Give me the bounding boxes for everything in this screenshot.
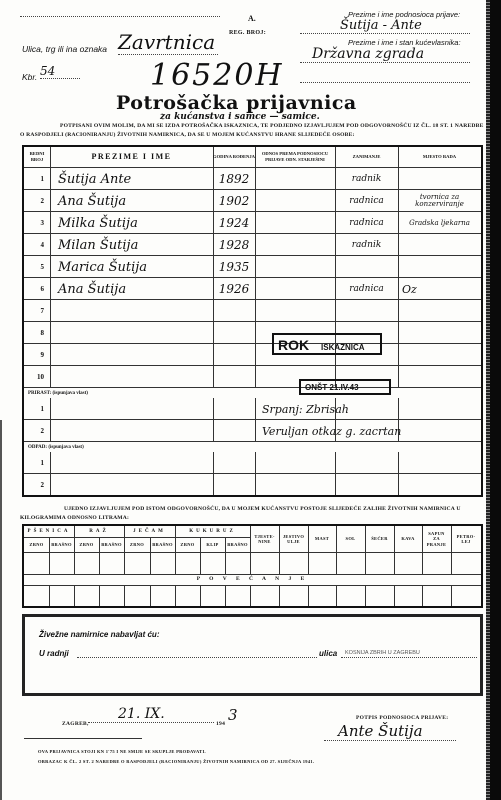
birth-year-cell[interactable]: 1924: [213, 212, 255, 234]
name-cell[interactable]: Marica Šutija: [50, 256, 213, 278]
col-header-birth-year: GODINA ROĐENJA: [213, 147, 255, 167]
relation-cell[interactable]: [255, 234, 335, 256]
table-row: 7: [24, 299, 481, 322]
header-top-line: [20, 16, 220, 17]
occupation-cell[interactable]: radnik: [335, 168, 398, 190]
scan-border-edge: [486, 0, 490, 800]
landlord-extra-line: [300, 82, 470, 83]
name-cell[interactable]: Ana Šutija: [50, 190, 213, 212]
signature-field[interactable]: Ante Šutija: [324, 722, 456, 741]
name-cell[interactable]: Ana Šutija: [50, 278, 213, 300]
header-sapun: SAPUN ZA PRANJE: [422, 526, 451, 552]
header-sol: SOL: [336, 526, 365, 552]
prirast-band: PRIRAST: (ispunjava vlast): [24, 387, 481, 398]
prirast-row: 1 Srpanj: Zbrisah: [24, 397, 481, 420]
registration-number: 16520H: [150, 58, 284, 93]
workplace-cell[interactable]: Oz: [398, 278, 481, 300]
occupation-cell[interactable]: radnica: [335, 278, 398, 300]
row-number: 2: [24, 420, 50, 442]
povecanje-band: P O V E Ć A N J E: [24, 574, 481, 585]
street-field[interactable]: Zavrtnica: [118, 30, 218, 55]
relation-cell[interactable]: [255, 212, 335, 234]
col-divider: [124, 585, 125, 606]
household-table: REDNI BROJ PREZIME I IME GODINA ROĐENJA …: [22, 145, 483, 497]
row-number: 3: [24, 212, 50, 234]
table-row: 1 Šutija Ante 1892 radnik: [24, 167, 481, 190]
workplace-cell[interactable]: tvornica za konzerviranje: [398, 190, 481, 212]
header-petrolej: PETRO-LEJ: [451, 526, 481, 552]
header-raz-brasno: BRAŠNO: [99, 537, 124, 552]
header-psenica: PŠENICA: [24, 526, 74, 537]
house-number-label: Kbr.: [22, 72, 37, 82]
city-label: ZAGREB,: [62, 721, 89, 727]
date-stamp: ONŠT 21.IV.43: [299, 379, 391, 395]
occupation-cell[interactable]: [335, 256, 398, 278]
table-row: 5 Marica Šutija 1935: [24, 255, 481, 278]
header-kukuruz-brasno: BRAŠNO: [225, 537, 250, 552]
shop-street-label: ulica: [319, 649, 337, 658]
table-row: 10: [24, 365, 481, 388]
page-title: Potrošačka prijavnica: [116, 92, 357, 114]
year-suffix-field[interactable]: 3: [228, 706, 238, 724]
header-kava: KAVA: [394, 526, 422, 552]
row-number: 5: [24, 256, 50, 278]
odpad-row: 2: [24, 473, 481, 496]
row-number: 1: [24, 398, 50, 420]
col-divider: [394, 585, 395, 606]
row-number: 10: [24, 366, 50, 388]
rok-stamp: ROK ISKAZNICA: [272, 333, 382, 355]
row-number: 4: [24, 234, 50, 256]
supplies-table: PŠENICA RAŽ JEČAM KUKURUZ ZRNO BRAŠNO ZR…: [22, 524, 483, 608]
row-number: 1: [24, 168, 50, 190]
table-row: 3 Milka Šutija 1924 radnica Gradska ljek…: [24, 211, 481, 234]
header-jecam-zrno: ZRNO: [124, 537, 150, 552]
table-row: 8: [24, 321, 481, 344]
row-number: 1: [24, 452, 50, 474]
birth-year-cell[interactable]: 1892: [213, 168, 255, 190]
col-divider: [279, 585, 280, 606]
header-secer: ŠEĆER: [365, 526, 394, 552]
year-prefix: 194: [216, 721, 225, 727]
col-divider: [250, 585, 251, 606]
header-raz-zrno: ZRNO: [74, 537, 99, 552]
occupation-cell[interactable]: radnica: [335, 212, 398, 234]
workplace-cell[interactable]: [398, 234, 481, 256]
col-divider: [451, 585, 452, 606]
header-kukuruz-klip: KLIP: [200, 537, 225, 552]
col-header-relation: ODNOS PREMA PODNOSIOCU PRIJAVE ODN. STAR…: [255, 147, 335, 167]
rok-stamp-text: ROK: [278, 337, 309, 353]
header-tjestenine: TJESTE-NINE: [250, 526, 279, 552]
birth-year-cell[interactable]: 1902: [213, 190, 255, 212]
workplace-cell[interactable]: [398, 168, 481, 190]
supplies-intro: UJEDNO IZJAVLJUJEM POD ISTOM ODGOVORNOŠĆ…: [20, 505, 486, 523]
scan-border-right: [489, 0, 501, 800]
form-reference-note: OBRAZAC K ČL. 2 ST. 2 NAREDBE O RASPODJE…: [38, 759, 314, 764]
landlord-field[interactable]: Državna zgrada: [300, 46, 470, 63]
birth-year-cell[interactable]: 1926: [213, 278, 255, 300]
occupation-cell[interactable]: radnik: [335, 234, 398, 256]
form-letter: A.: [248, 14, 256, 23]
col-divider: [74, 585, 75, 606]
workplace-cell[interactable]: Gradska ljekarna: [398, 212, 481, 234]
row-number: 7: [24, 300, 50, 322]
col-divider: [308, 585, 309, 606]
header-jecam: JEČAM: [124, 526, 175, 537]
relation-cell[interactable]: [255, 256, 335, 278]
prirast-row: 2 Veruljan otkaz g. zacrtan: [24, 419, 481, 442]
occupation-cell[interactable]: radnica: [335, 190, 398, 212]
row-divider: [24, 552, 481, 553]
col-divider: [49, 585, 50, 606]
rok-stamp-sub: ISKAZNICA: [321, 343, 365, 352]
header-kukuruz-zrno: ZRNO: [175, 537, 200, 552]
row-number: 9: [24, 344, 50, 366]
name-cell[interactable]: Milan Šutija: [50, 234, 213, 256]
odpad-band: ODPAD: (ispunjava vlast): [24, 441, 481, 452]
header-psenica-zrno: ZRNO: [24, 537, 49, 552]
footer-rule: [24, 738, 142, 739]
table-row: 9: [24, 343, 481, 366]
header-jecam-brasno: BRAŠNO: [150, 537, 175, 552]
relation-cell[interactable]: [255, 190, 335, 212]
date-field[interactable]: 21. IX.: [88, 706, 214, 723]
name-cell[interactable]: Milka Šutija: [50, 212, 213, 234]
col-divider: [99, 585, 100, 606]
row-number: 2: [24, 190, 50, 212]
scan-border-left: [0, 420, 2, 800]
price-note: OVA PRIJAVNICA STOJI KN 1'75 I NE SMIJE …: [38, 749, 206, 754]
table-row: 2 Ana Šutija 1902 radnica tvornica za ko…: [24, 189, 481, 212]
row-number: 8: [24, 322, 50, 344]
birth-year-cell[interactable]: 1928: [213, 234, 255, 256]
col-header-no: REDNI BROJ: [24, 147, 50, 167]
header-mast: MAST: [308, 526, 336, 552]
odpad-row: 1: [24, 451, 481, 474]
page-subtitle: za kućanstva i samce — samice.: [160, 112, 320, 122]
header-kukuruz: KUKURUZ: [175, 526, 250, 537]
shop-heading: Živežne namirnice nabavljat ću:: [39, 630, 159, 639]
col-header-workplace: MJESTO RADA: [398, 147, 481, 167]
row-divider: [24, 585, 481, 586]
reg-label: REG. BROJ:: [229, 30, 266, 36]
col-header-name: PREZIME I IME: [50, 147, 213, 167]
house-number-field[interactable]: 54: [40, 64, 80, 79]
col-divider: [336, 585, 337, 606]
prirast-note[interactable]: Veruljan otkaz g. zacrtan: [262, 420, 482, 442]
name-cell[interactable]: Šutija Ante: [50, 168, 213, 190]
table-row: 4 Milan Šutija 1928 radnik: [24, 233, 481, 256]
col-divider: [200, 585, 201, 606]
prirast-note[interactable]: Srpanj: Zbrisah: [262, 398, 412, 420]
shop-label: U radnji: [39, 649, 69, 658]
signature-label: POTPIS PODNOSIOCA PRIJAVE:: [356, 715, 448, 721]
workplace-cell[interactable]: [398, 256, 481, 278]
col-divider: [175, 585, 176, 606]
col-divider: [150, 585, 151, 606]
birth-year-cell[interactable]: 1935: [213, 256, 255, 278]
col-header-occupation: ZANIMANJE: [335, 147, 398, 167]
header-psenica-brasno: BRAŠNO: [49, 537, 74, 552]
applicant-field[interactable]: Šutija - Ante: [300, 18, 470, 34]
shop-box: Živežne namirnice nabavljat ću: U radnji…: [22, 614, 483, 696]
header-jestivo-ulje: JESTIVO ULJE: [279, 526, 308, 552]
col-divider: [225, 585, 226, 606]
table-row: 6 Ana Šutija 1926 radnica Oz: [24, 277, 481, 300]
row-number: 6: [24, 278, 50, 300]
col-divider: [365, 585, 366, 606]
header-raz: RAŽ: [74, 526, 124, 537]
shop-field[interactable]: [77, 657, 317, 658]
row-number: 2: [24, 474, 50, 496]
col-divider: [422, 585, 423, 606]
relation-cell[interactable]: [255, 168, 335, 190]
intro-paragraph: POTPISANI OVIM MOLIM, DA MI SE IZDA POTR…: [20, 122, 484, 140]
relation-cell[interactable]: [255, 278, 335, 300]
street-label: Ulica, trg ili ina oznaka: [22, 44, 107, 54]
shop-street-field[interactable]: KOSNIJA ZBRIH U ZAGREBU: [341, 649, 477, 658]
